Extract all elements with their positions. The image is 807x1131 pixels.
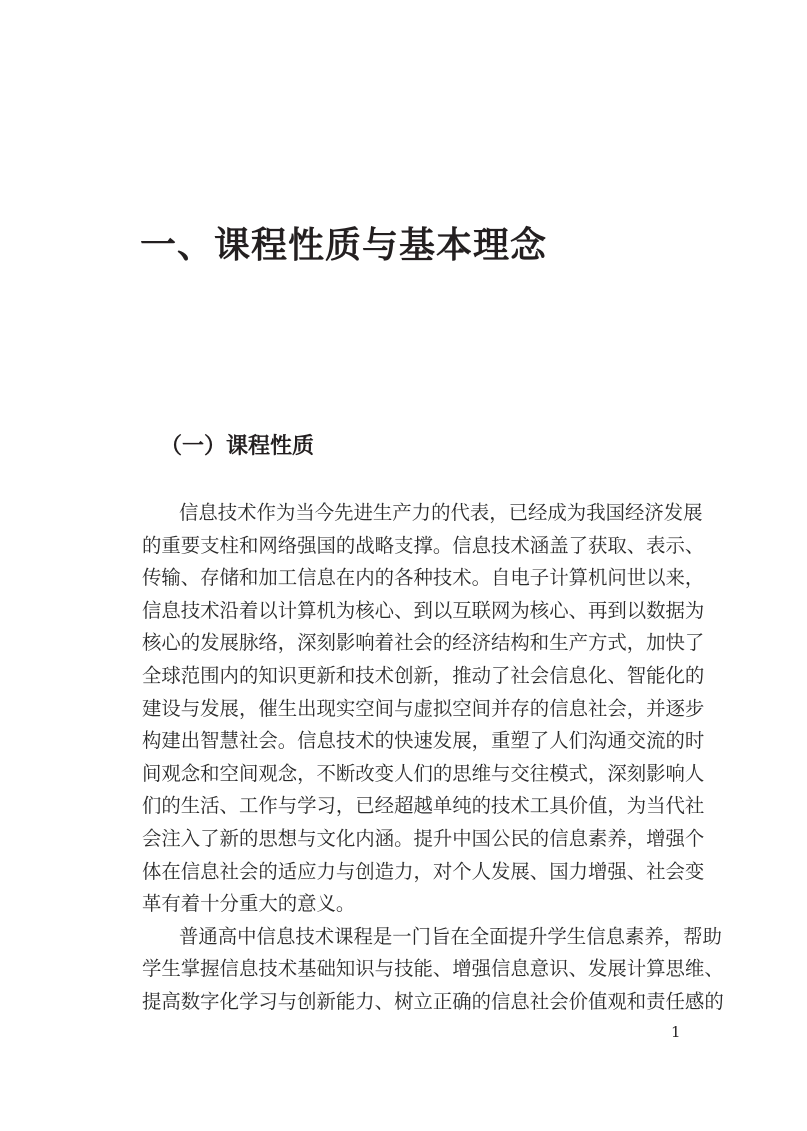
paragraph-2-line: 学生掌握信息技术基础知识与技能、增强信息意识、发展计算思维、: [142, 953, 690, 986]
paragraph-1-line: 们的生活、工作与学习，已经超越单纯的技术工具价值，为当代社: [142, 790, 690, 823]
paragraph-1-line: 间观念和空间观念，不断改变人们的思维与交往模式，深刻影响人: [142, 758, 690, 791]
page-number: 1: [671, 1022, 681, 1042]
body-text: 信息技术作为当今先进生产力的代表，已经成为我国经济发展 的重要支柱和网络强国的战…: [142, 497, 690, 1019]
section-title: （一）课程性质: [160, 430, 314, 464]
paragraph-1-line: 信息技术沿着以计算机为核心、到以互联网为核心、再到以数据为: [142, 595, 690, 628]
paragraph-1-line: 建设与发展，催生出现实空间与虚拟空间并存的信息社会，并逐步: [142, 693, 690, 726]
paragraph-1-line: 传输、存储和加工信息在内的各种技术。自电子计算机问世以来，: [142, 562, 690, 595]
chapter-title: 一、课程性质与基本理念: [140, 222, 547, 270]
paragraph-1-line: 构建出智慧社会。信息技术的快速发展，重塑了人们沟通交流的时: [142, 725, 690, 758]
paragraph-1-line: 革有着十分重大的意义。: [142, 888, 690, 921]
paragraph-1-line: 体在信息社会的适应力与创造力，对个人发展、国力增强、社会变: [142, 856, 690, 889]
paragraph-2-line: 普通高中信息技术课程是一门旨在全面提升学生信息素养，帮助: [142, 921, 690, 954]
paragraph-1-line: 信息技术作为当今先进生产力的代表，已经成为我国经济发展: [142, 497, 690, 530]
paragraph-1-line: 会注入了新的思想与文化内涵。提升中国公民的信息素养，增强个: [142, 823, 690, 856]
document-page: 一、课程性质与基本理念 （一）课程性质 信息技术作为当今先进生产力的代表，已经成…: [0, 0, 807, 1131]
paragraph-1-line: 的重要支柱和网络强国的战略支撑。信息技术涵盖了获取、表示、: [142, 530, 690, 563]
paragraph-2-line: 提高数字化学习与创新能力、树立正确的信息社会价值观和责任感的: [142, 986, 690, 1019]
paragraph-1-line: 全球范围内的知识更新和技术创新，推动了社会信息化、智能化的: [142, 660, 690, 693]
paragraph-1-line: 核心的发展脉络，深刻影响着社会的经济结构和生产方式，加快了: [142, 627, 690, 660]
